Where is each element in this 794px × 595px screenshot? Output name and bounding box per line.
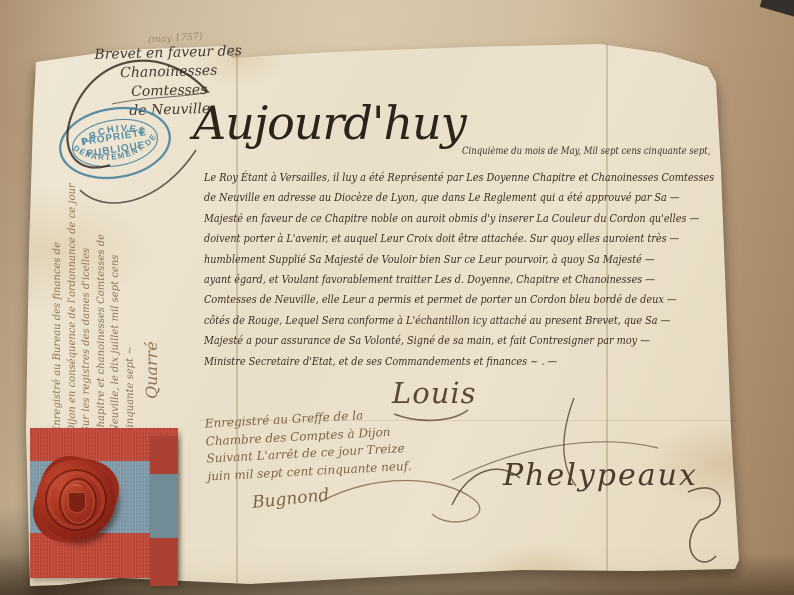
body-line: Ministre Secretaire d'Etat, et de ses Co… xyxy=(204,352,714,372)
margin-line: cinquante sept ~ xyxy=(124,161,139,433)
body-line: Majesté a pour assurance de Sa Volonté, … xyxy=(204,331,714,351)
margin-registration-note: Enregistré au Bureau des finances de Dij… xyxy=(51,161,171,433)
margin-line: Sur les registres des dames d'icelles xyxy=(80,161,95,433)
margin-line: Enregistré au Bureau des finances de xyxy=(51,161,66,433)
body-line: de Neuville en adresse au Diocèze de Lyo… xyxy=(204,188,714,208)
seal-shield-motif xyxy=(68,492,86,513)
greffe-registration-note: Enregistré au Greffe de la Chambre des C… xyxy=(204,403,457,486)
counter-signature-phelypeaux: Phelypeaux xyxy=(503,458,698,493)
body-text: Le Roy Étant à Versailles, il luy a été … xyxy=(204,168,784,372)
strip-red-bottom xyxy=(150,538,178,586)
margin-line: chapitre et chanoinesses Comtesses de xyxy=(95,161,110,433)
seal-crown-motif xyxy=(70,484,82,492)
margin-signature: Quarré xyxy=(142,161,161,433)
body-line: Le Roy Étant à Versailles, il luy a été … xyxy=(204,168,714,188)
margin-line: Dijon en conséquence de l'ordonnance de … xyxy=(66,161,81,433)
body-line: doivent porter à L'avenir, et auquel Leu… xyxy=(204,229,714,249)
body-line: Comtesses de Neuville, elle Leur a permi… xyxy=(204,290,714,310)
margin-line: Neuville, le dix juillet mil sept cens xyxy=(109,161,124,433)
body-line: Majesté en faveur de ce Chapitre noble o… xyxy=(204,209,714,229)
strip-red-top xyxy=(150,436,178,474)
heading-aujourdhuy: Aujourd'huy xyxy=(193,96,466,150)
heading-date-continuation: Cinquième du mois de May, Mil sept cens … xyxy=(462,146,710,157)
strip-blue-middle xyxy=(150,474,178,538)
ribbon-side-strip xyxy=(150,436,178,586)
photograph: (may 1757) Brevet en faveur des Chanoine… xyxy=(0,0,794,595)
body-line: côtés de Rouge, Lequel Sera conforme à L… xyxy=(204,311,714,331)
body-line: ayant égard, et Voulant favorablement tr… xyxy=(204,270,714,290)
body-line: humblement Supplié Sa Majesté de Vouloir… xyxy=(204,250,714,270)
